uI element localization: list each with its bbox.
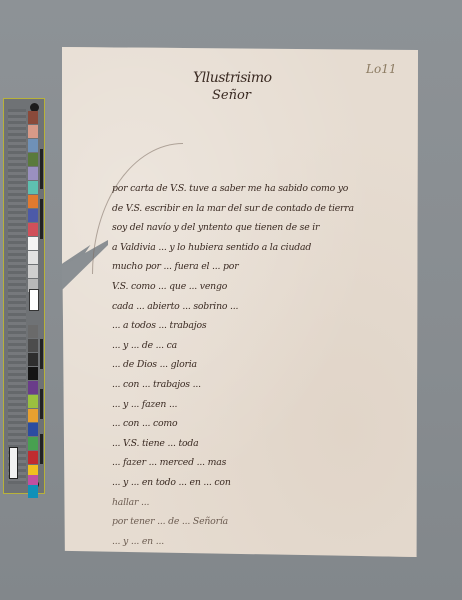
swatch-moderate-red (28, 223, 38, 236)
letter-line: ... fazer ... merced ... mas (112, 457, 418, 468)
swatch-green (28, 437, 38, 450)
swatch-gray-3 (28, 353, 38, 366)
swatch-white (28, 237, 38, 250)
target-scale-bar (40, 339, 43, 369)
swatch-yellow-green (28, 395, 38, 408)
swatch-brown (28, 111, 38, 124)
swatch-light-skin (28, 125, 38, 138)
color-calibration-target (3, 98, 45, 494)
letter-line: de V.S. escribir en la mar del sur de co… (112, 203, 418, 214)
letter-line: V.S. como ... que ... vengo (112, 281, 418, 292)
letter-line: a Valdivia ... y lo hubiera sentido a la… (112, 242, 418, 253)
swatch-orange (28, 195, 38, 208)
target-ruler (8, 109, 26, 484)
swatch-foliage (28, 153, 38, 166)
salutation-line-2: Señor (212, 88, 251, 103)
letter-line: cada ... abierto ... sobrino ... (112, 301, 418, 312)
folio-number: Lo11 (366, 62, 396, 76)
letter-line: ... y ... en ... (112, 536, 418, 547)
swatch-cyan (28, 485, 38, 498)
swatch-purple (28, 381, 38, 394)
swatch-red (28, 451, 38, 464)
letter-line: ... con ... como (112, 418, 418, 429)
swatch-blue (28, 423, 38, 436)
swatch-orange-yellow (28, 409, 38, 422)
swatch-neutral-6.5 (28, 265, 38, 278)
salutation-line-1: Yllustrisimo (193, 70, 272, 86)
letter-line: por tener ... de ... Señoría (112, 516, 418, 527)
letter-line: ... y ... en todo ... en ... con (112, 477, 418, 488)
swatch-black (28, 367, 38, 380)
letter-line: por carta de V.S. tuve a saber me ha sab… (112, 183, 418, 194)
swatch-neutral-8 (28, 251, 38, 264)
target-scale-bar (40, 199, 43, 239)
target-scale-bar (40, 434, 43, 464)
target-scale-bar (40, 389, 43, 419)
letter-line: hallar ... (112, 497, 418, 508)
swatch-purplish-blue (28, 209, 38, 222)
swatch-gray-1 (28, 325, 38, 338)
letter-line: ... con ... trabajos ... (112, 379, 418, 390)
target-scale-bar (40, 149, 43, 189)
letter-line: ... y ... de ... ca (112, 340, 418, 351)
letter-line: soy del navío y del yntento que tienen d… (112, 222, 418, 233)
swatch-bluish-green (28, 181, 38, 194)
letter-line: mucho por ... fuera el ... por (112, 261, 418, 272)
letter-line: ... y ... fazen ... (112, 399, 418, 410)
swatch-gray-2 (28, 339, 38, 352)
swatch-blue-sky (28, 139, 38, 152)
target-label-box (29, 289, 39, 311)
swatch-blue-flower (28, 167, 38, 180)
letter-line: ... V.S. tiene ... toda (112, 438, 418, 449)
letter-line: ... a todos ... trabajos (112, 320, 418, 331)
target-barcode (9, 447, 18, 479)
letter-line: ... de Dios ... gloria (112, 359, 418, 370)
